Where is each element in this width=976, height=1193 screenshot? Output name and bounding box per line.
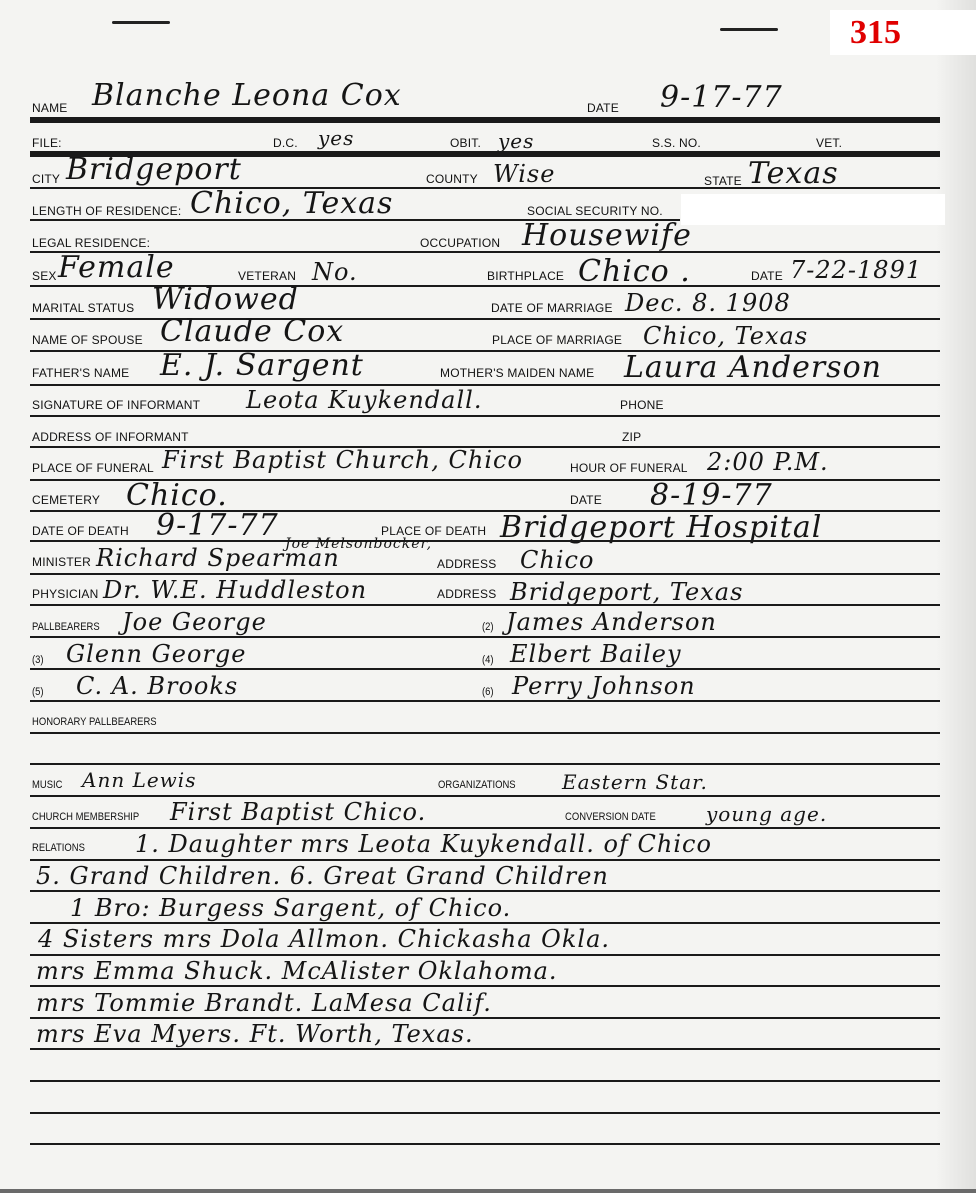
state-label: STATE — [704, 174, 742, 188]
rule-relations-4 — [30, 954, 940, 956]
page-number: 315 — [830, 10, 976, 55]
rule-blank-3 — [30, 1143, 940, 1145]
page-edge-shadow — [936, 0, 976, 1193]
name-of-spouse-label: NAME OF SPOUSE — [32, 333, 143, 347]
signature-of-informant-label: SIGNATURE OF INFORMANT — [32, 398, 200, 412]
date-value: 9-17-77 — [660, 80, 783, 115]
birth-date-label: DATE — [751, 269, 783, 283]
rule-city — [30, 187, 940, 189]
minister-annotation: Joe Melsonbocker, — [285, 536, 432, 552]
pallbearer-4-num: (4) — [482, 654, 494, 666]
dc-label: D.C. — [273, 136, 298, 150]
organizations-value: Eastern Star. — [562, 770, 708, 794]
redacted-ssn — [681, 194, 945, 225]
page-bottom-edge — [0, 1189, 976, 1193]
birth-date-value: 7-22-1891 — [790, 256, 922, 284]
pallbearer-3: Glenn George — [66, 640, 246, 668]
rule-minister — [30, 573, 940, 575]
city-value: Bridgeport — [66, 152, 242, 187]
pallbearer-6: Perry Johnson — [512, 672, 696, 700]
funeral-date-value: 8-19-77 — [650, 478, 773, 513]
church-membership-value: First Baptist Chico. — [170, 798, 426, 826]
city-label: CITY — [32, 172, 60, 186]
relations-label: RELATIONS — [32, 842, 85, 854]
physician-address-label: ADDRESS — [437, 587, 496, 601]
date-label: DATE — [587, 101, 619, 115]
rule-parents — [30, 384, 940, 386]
veteran-value: No. — [312, 258, 358, 286]
date-of-death-value: 9-17-77 — [156, 508, 279, 543]
file-label: FILE: — [32, 136, 62, 150]
pallbearer-3-num: (3) — [32, 654, 44, 666]
legal-residence-label: LEGAL RESIDENCE: — [32, 236, 150, 250]
rule-relations-1 — [30, 859, 940, 861]
top-mark-left — [112, 21, 170, 24]
state-value: Texas — [748, 156, 839, 191]
pallbearer-5: C. A. Brooks — [76, 672, 238, 700]
relations-line-5: mrs Emma Shuck. McAlister Oklahoma. — [36, 957, 558, 985]
relations-line-3: 1 Bro: Burgess Sargent, of Chico. — [70, 894, 511, 922]
rule-pallbearers-1 — [30, 636, 940, 638]
pallbearer-1: Joe George — [122, 608, 267, 636]
place-of-funeral-label: PLACE OF FUNERAL — [32, 461, 154, 475]
rule-church — [30, 827, 940, 829]
pallbearer-2-num: (2) — [482, 621, 494, 633]
rule-name — [30, 117, 940, 120]
rule-physician — [30, 604, 940, 606]
relations-line-2: 5. Grand Children. 6. Great Grand Childr… — [36, 862, 609, 890]
ss-no-label: S.S. NO. — [652, 136, 701, 150]
minister-label: MINISTER — [32, 555, 91, 569]
occupation-label: OCCUPATION — [420, 236, 500, 250]
physician-address-value: Bridgeport, Texas — [510, 578, 743, 606]
relations-line-4: 4 Sisters mrs Dola Allmon. Chickasha Okl… — [38, 925, 610, 953]
veteran-label: VETERAN — [238, 269, 296, 283]
date-of-death-label: DATE OF DEATH — [32, 524, 129, 538]
address-of-informant-label: ADDRESS OF INFORMANT — [32, 430, 189, 444]
name-value: Blanche Leona Cox — [92, 78, 402, 113]
rule-blank-2 — [30, 1112, 940, 1114]
minister-address-label: ADDRESS — [437, 557, 496, 571]
rule-relations-2 — [30, 890, 940, 892]
relations-line-6: mrs Tommie Brandt. LaMesa Calif. — [36, 989, 492, 1017]
county-value: Wise — [493, 160, 555, 188]
pallbearer-2: James Anderson — [506, 608, 717, 636]
place-of-marriage-value: Chico, Texas — [643, 322, 808, 350]
birthplace-value: Chico . — [578, 254, 691, 289]
birthplace-label: BIRTHPLACE — [487, 269, 564, 283]
relations-line-7: mrs Eva Myers. Ft. Worth, Texas. — [36, 1020, 474, 1048]
sex-label: SEX — [32, 269, 57, 283]
occupation-value: Housewife — [522, 218, 692, 253]
rule-honorary — [30, 732, 940, 734]
rule-pallbearers-3 — [30, 700, 940, 702]
date-of-marriage-label: DATE OF MARRIAGE — [491, 301, 613, 315]
marital-status-label: MARITAL STATUS — [32, 301, 134, 315]
name-of-spouse-value: Claude Cox — [160, 314, 344, 349]
dc-value: yes — [318, 126, 354, 150]
rule-honorary-blank — [30, 763, 940, 765]
top-mark-right — [720, 28, 778, 31]
signature-of-informant-value: Leota Kuykendall. — [246, 386, 482, 414]
physician-label: PHYSICIAN — [32, 587, 98, 601]
length-of-residence-value: Chico, Texas — [190, 186, 393, 221]
mothers-maiden-name-label: MOTHER'S MAIDEN NAME — [440, 366, 594, 380]
zip-label: ZIP — [622, 430, 641, 444]
marital-status-value: Widowed — [152, 282, 299, 317]
funeral-date-label: DATE — [570, 493, 602, 507]
pallbearer-5-num: (5) — [32, 686, 44, 698]
date-of-marriage-value: Dec. 8. 1908 — [625, 289, 791, 317]
conversion-date-label: CONVERSION DATE — [565, 811, 656, 823]
conversion-date-value: young age. — [706, 802, 827, 826]
music-value: Ann Lewis — [82, 768, 196, 792]
church-membership-label: CHURCH MEMBERSHIP — [32, 811, 139, 823]
county-label: COUNTY — [426, 172, 478, 186]
sex-value: Female — [58, 250, 175, 285]
length-of-residence-label: LENGTH OF RESIDENCE: — [32, 204, 181, 218]
organizations-label: ORGANIZATIONS — [438, 779, 516, 791]
rule-music — [30, 795, 940, 797]
rule-relations-5 — [30, 985, 940, 987]
place-of-marriage-label: PLACE OF MARRIAGE — [492, 333, 622, 347]
mothers-maiden-name-value: Laura Anderson — [624, 350, 882, 385]
fathers-name-value: E. J. Sargent — [160, 348, 364, 383]
physician-value: Dr. W.E. Huddleston — [103, 576, 367, 604]
hour-of-funeral-value: 2:00 P.M. — [707, 448, 829, 476]
fathers-name-label: FATHER'S NAME — [32, 366, 129, 380]
pallbearer-6-num: (6) — [482, 686, 494, 698]
rule-signature — [30, 415, 940, 417]
cemetery-label: CEMETERY — [32, 493, 100, 507]
obit-label: OBIT. — [450, 136, 481, 150]
relations-line-1: 1. Daughter mrs Leota Kuykendall. of Chi… — [135, 830, 712, 858]
rule-relations-7 — [30, 1048, 940, 1050]
rule-relations-3 — [30, 922, 940, 924]
place-of-funeral-value: First Baptist Church, Chico — [162, 446, 523, 474]
rule-blank-1 — [30, 1080, 940, 1082]
music-label: MUSIC — [32, 779, 62, 791]
rule-pallbearers-2 — [30, 668, 940, 670]
pallbearers-label: PALLBEARERS — [32, 621, 100, 633]
minister-address-value: Chico — [520, 546, 594, 574]
name-label: NAME — [32, 101, 67, 115]
rule-relations-6 — [30, 1017, 940, 1019]
vet-label: VET. — [816, 136, 842, 150]
rule-death — [30, 540, 940, 542]
social-security-label: SOCIAL SECURITY NO. — [527, 204, 663, 218]
honorary-pallbearers-label: HONORARY PALLBEARERS — [32, 716, 157, 728]
pallbearer-4: Elbert Bailey — [510, 640, 682, 668]
hour-of-funeral-label: HOUR OF FUNERAL — [570, 461, 688, 475]
obit-value: yes — [498, 129, 534, 153]
phone-label: PHONE — [620, 398, 664, 412]
